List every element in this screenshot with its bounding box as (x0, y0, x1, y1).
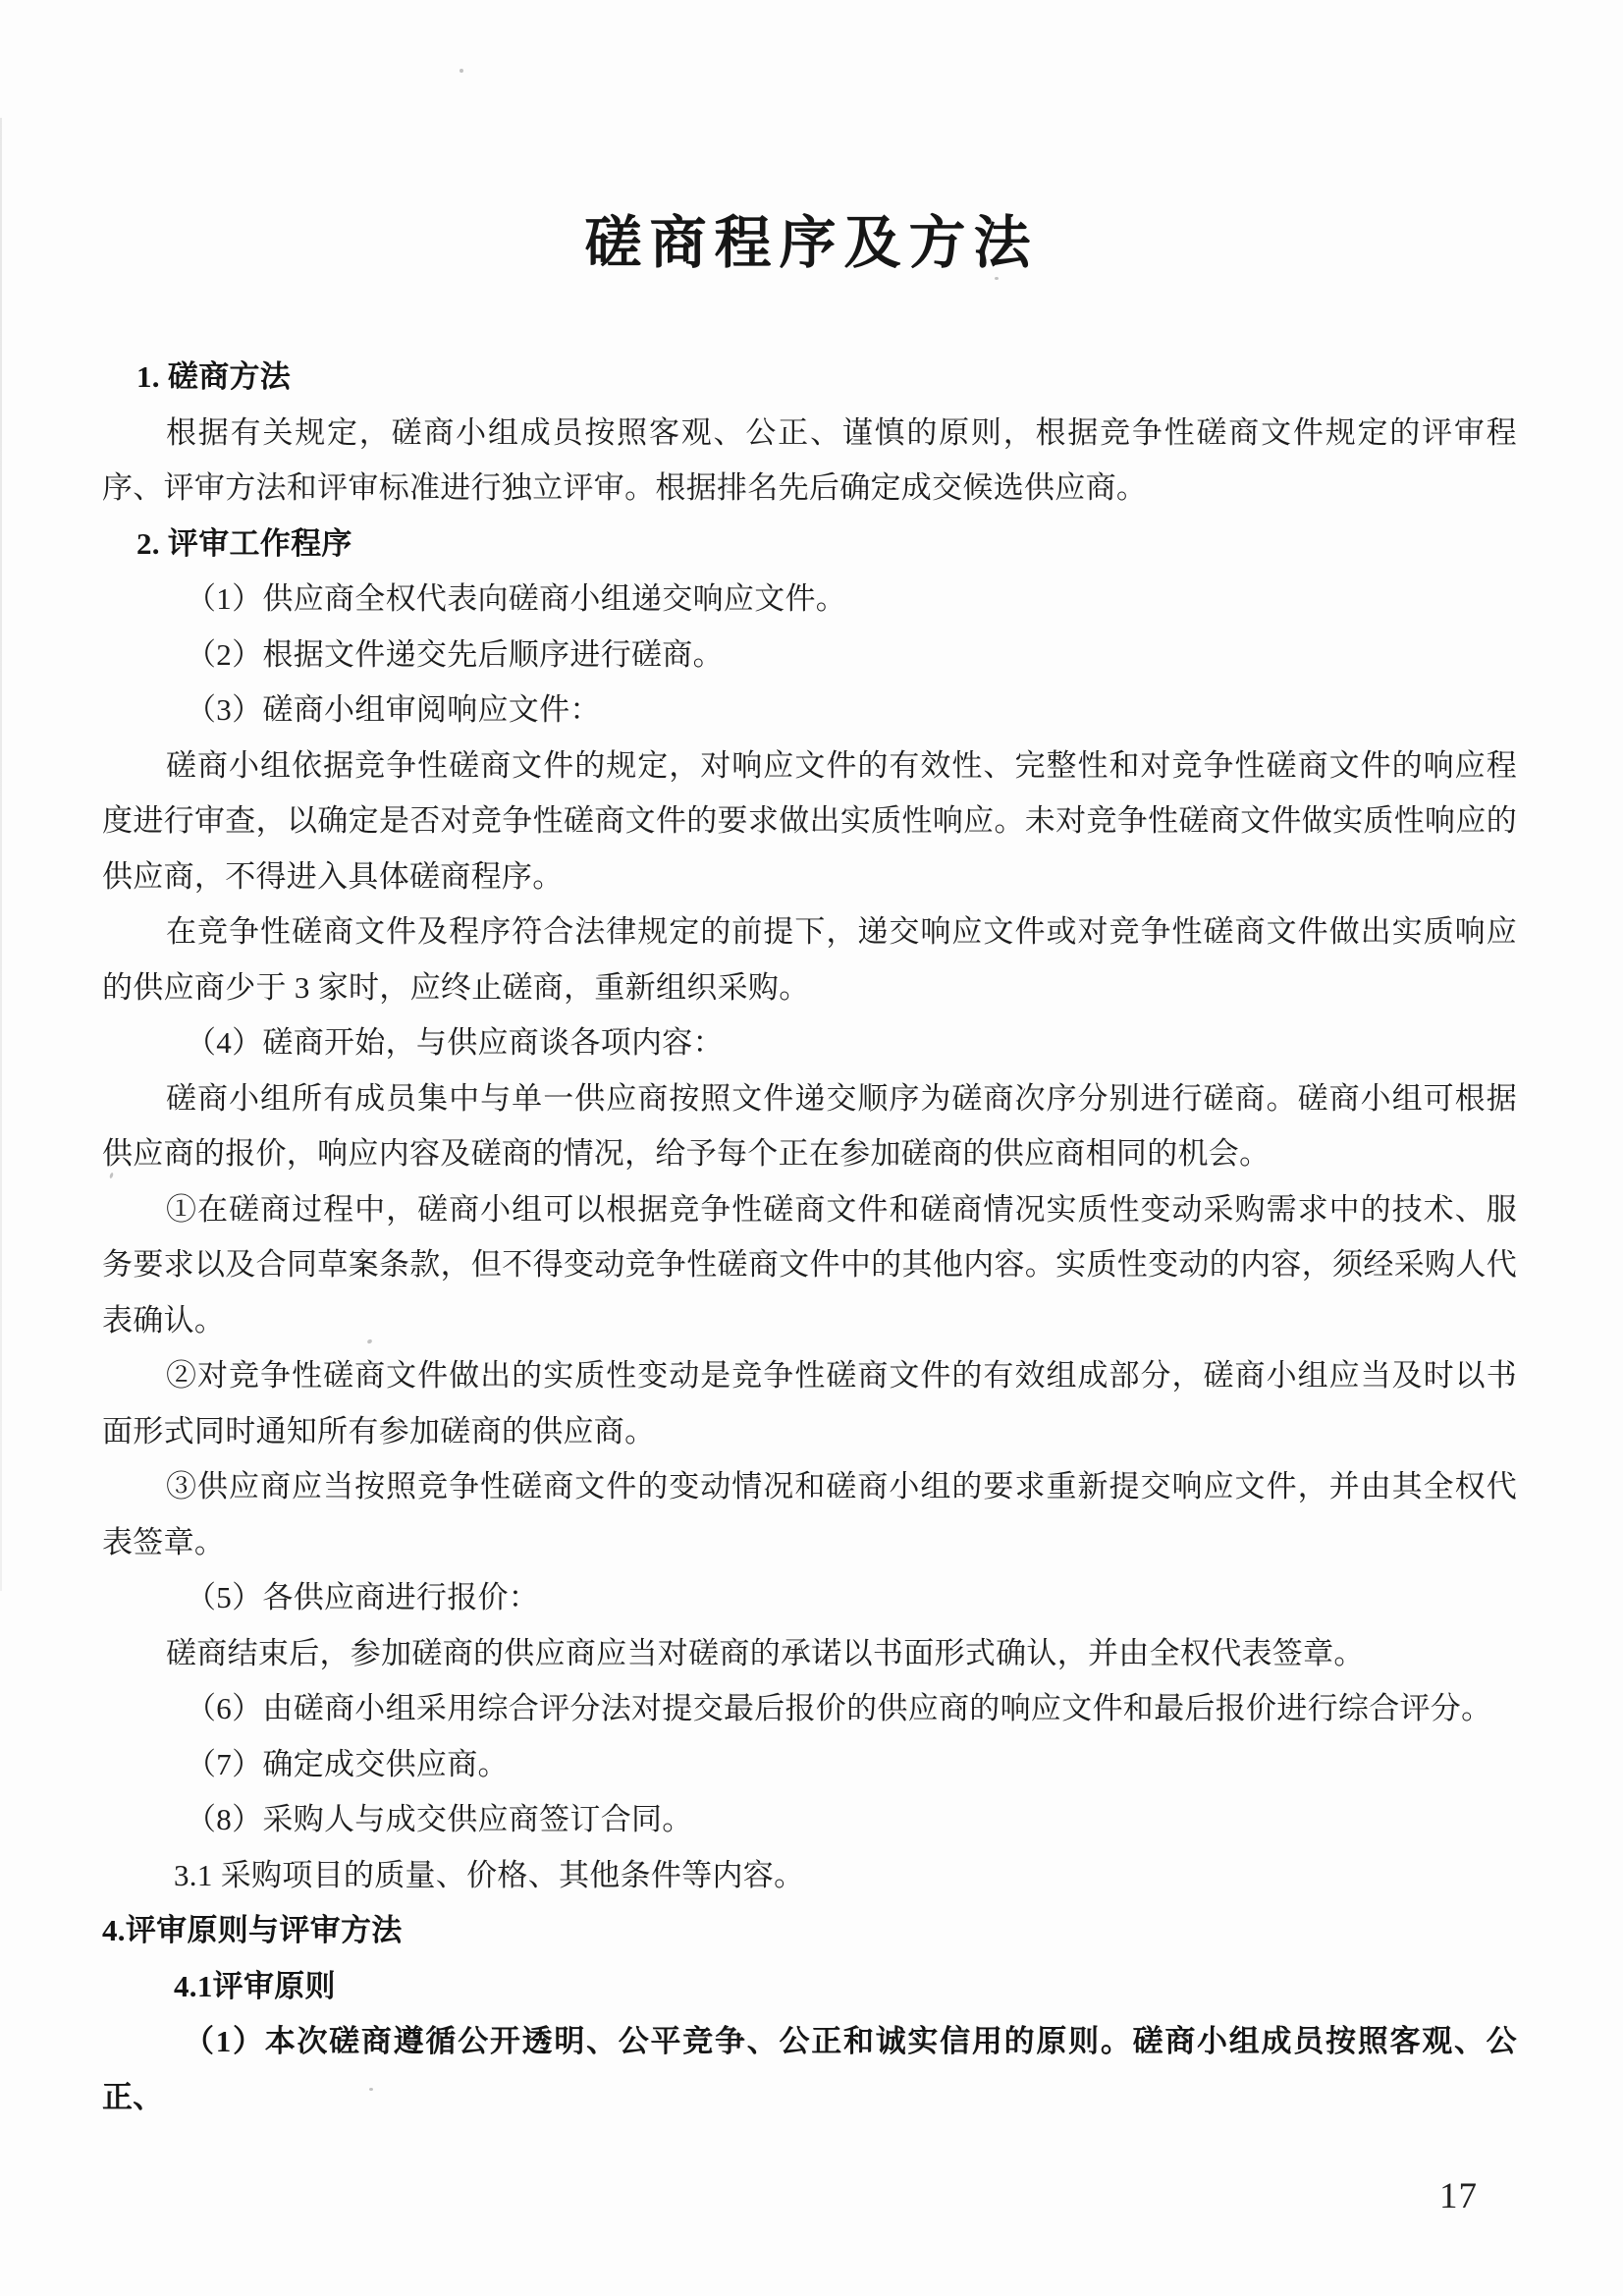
scan-speck (995, 277, 999, 280)
procedure-step-7: （7）确定成交供应商。 (102, 1737, 1517, 1793)
section-heading-4-1: 4.1评审原则 (174, 1959, 1517, 2015)
procedure-step-3: （3）磋商小组审阅响应文件： (102, 683, 1517, 738)
page-number: 17 (1439, 2175, 1478, 2217)
paper-sheet: 磋商程序及方法 1. 磋商方法 根据有关规定，磋商小组成员按照客观、公正、谨慎的… (0, 0, 1623, 2296)
page-title: 磋商程序及方法 (0, 0, 1623, 279)
paragraph-review-principles: （1）本次磋商遵循公开透明、公平竞争、公正和诚实信用的原则。磋商小组成员按照客观… (102, 2014, 1517, 2125)
document-body: 1. 磋商方法 根据有关规定，磋商小组成员按照客观、公正、谨慎的原则，根据竞争性… (102, 350, 1517, 2125)
scan-speck (460, 69, 463, 73)
paragraph-termination-rule: 在竞争性磋商文件及程序符合法律规定的前提下，递交响应文件或对竞争性磋商文件做出实… (102, 904, 1517, 1015)
clause-3-resubmission: ③供应商应当按照竞争性磋商文件的变动情况和磋商小组的要求重新提交响应文件，并由其… (102, 1459, 1517, 1570)
procedure-step-5: （5）各供应商进行报价： (102, 1570, 1517, 1626)
scan-edge-artifact (0, 118, 2, 1591)
paragraph-quote-confirmation: 磋商结束后，参加磋商的供应商应当对磋商的承诺以书面形式确认，并由全权代表签章。 (102, 1626, 1517, 1682)
section-heading-2: 2. 评审工作程序 (136, 517, 1517, 573)
paragraph-method-overview: 根据有关规定，磋商小组成员按照客观、公正、谨慎的原则，根据竞争性磋商文件规定的评… (102, 406, 1517, 517)
clause-1-substantial-change: ①在磋商过程中，磋商小组可以根据竞争性磋商文件和磋商情况实质性变动采购需求中的技… (102, 1182, 1517, 1349)
section-heading-4: 4.评审原则与评审方法 (102, 1903, 1517, 1959)
paragraph-negotiation-order: 磋商小组所有成员集中与单一供应商按照文件递交顺序为磋商次序分别进行磋商。磋商小组… (102, 1071, 1517, 1182)
clause-3-1-project-content: 3.1 采购项目的质量、价格、其他条件等内容。 (102, 1848, 1517, 1904)
procedure-step-2: （2）根据文件递交先后顺序进行磋商。 (102, 628, 1517, 683)
procedure-step-6: （6）由磋商小组采用综合评分法对提交最后报价的供应商的响应文件和最后报价进行综合… (102, 1681, 1517, 1737)
paragraph-review-scope: 磋商小组依据竞争性磋商文件的规定，对响应文件的有效性、完整性和对竞争性磋商文件的… (102, 738, 1517, 905)
procedure-step-1: （1）供应商全权代表向磋商小组递交响应文件。 (102, 572, 1517, 628)
document-page: { "document": { "title": "磋商程序及方法", "pag… (0, 0, 1623, 2296)
section-heading-1: 1. 磋商方法 (136, 350, 1517, 406)
procedure-step-4: （4）磋商开始，与供应商谈各项内容： (102, 1015, 1517, 1071)
scan-speck (369, 2088, 373, 2091)
procedure-step-8: （8）采购人与成交供应商签订合同。 (102, 1792, 1517, 1848)
clause-2-written-notice: ②对竞争性磋商文件做出的实质性变动是竞争性磋商文件的有效组成部分，磋商小组应当及… (102, 1348, 1517, 1459)
